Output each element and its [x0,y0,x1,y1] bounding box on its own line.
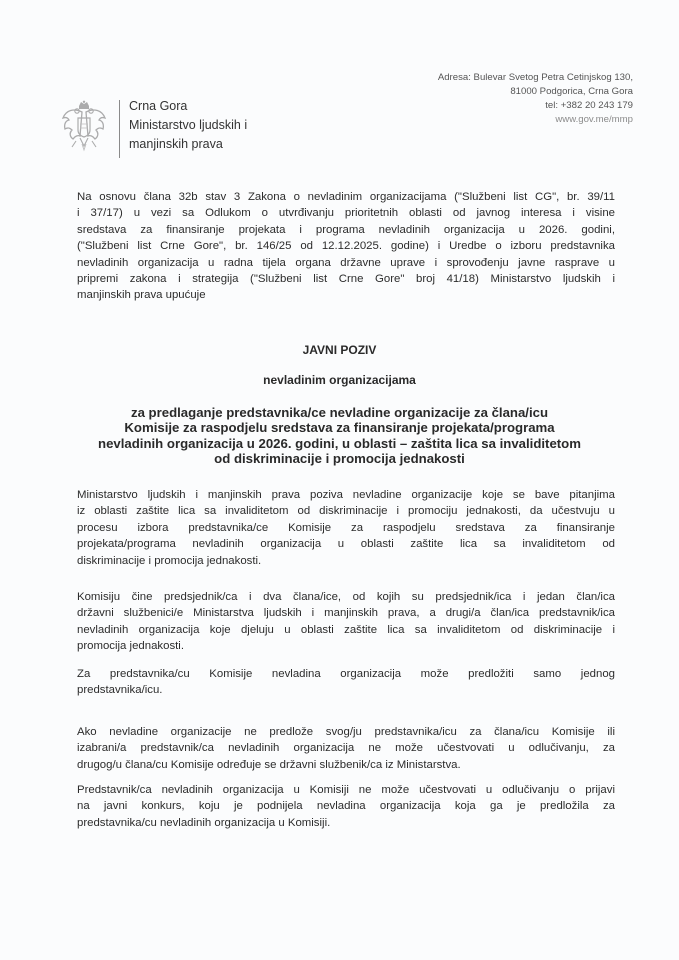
text-line: državni službenici/e Ministarstva ljudsk… [77,605,615,621]
paragraph-no-proposal: Ako nevladine organizacije ne predlože s… [77,724,615,773]
text-line: izabrani/a predstavnik/ca nevladinih org… [77,740,615,756]
letterhead-address: Adresa: Bulevar Svetog Petra Cetinjskog … [438,71,633,127]
text-line: nevladinih organizacija u radna tijela o… [77,255,615,271]
address-website: www.gov.me/mmp [438,113,633,127]
address-phone: tel: +382 20 243 179 [438,99,633,113]
subject-line: od diskriminacije i promocija jednakosti [0,451,679,466]
text-line: Ministarstvo ljudskih i manjinskih prava… [77,487,615,503]
text-line: drugog/u člana/cu Komisije određuje se d… [77,757,615,773]
letterhead-left: Crna Gora Ministarstvo ljudskih i manjin… [60,96,247,158]
coat-of-arms-icon [60,100,108,152]
text-line: ("Službeni list Crne Gore", br. 146/25 o… [77,238,615,254]
text-line: Predstavnik/ca nevladinih organizacija u… [77,782,615,798]
text-line: i 37/17) u vezi sa Odlukom o utvrđivanju… [77,205,615,221]
text-line: nevladinih organizacija koje djeluju u o… [77,622,615,638]
paragraph-conflict-of-interest: Predstavnik/ca nevladinih organizacija u… [77,782,615,831]
ministry-name: Crna Gora Ministarstvo ljudskih i manjin… [129,96,247,154]
text-line: diskriminacije i promocija jednakosti. [77,553,615,569]
ministry-name-line-2: manjinskih prava [129,135,247,154]
text-line: na javni konkurs, koju je podnijela nevl… [77,798,615,814]
paragraph-invitation: Ministarstvo ljudskih i manjinskih prava… [77,487,615,569]
subject-line: za predlaganje predstavnika/ce nevladine… [0,405,679,420]
text-line: predstavnika/cu nevladinih organizacija … [77,815,615,831]
document-subtitle: nevladinim organizacijama [0,373,679,387]
address-street: Adresa: Bulevar Svetog Petra Cetinjskog … [438,71,633,85]
text-line: iz oblasti zaštite lica sa invaliditetom… [77,503,615,519]
text-line: predstavnika/icu. [77,682,615,698]
text-line: projekata/programa nevladinih organizaci… [77,536,615,552]
text-line: pripremi zakona i strategija ("Službeni … [77,271,615,287]
document-page: Crna Gora Ministarstvo ljudskih i manjin… [0,0,679,960]
text-line: manjinskih prava upućuje [77,287,615,303]
letterhead-divider [119,100,120,158]
address-city: 81000 Podgorica, Crna Gora [438,85,633,99]
country-name: Crna Gora [129,97,247,116]
paragraph-commission-composition: Komisiju čine predsjednik/ca i dva člana… [77,589,615,655]
subject-line: Komisije za raspodjelu sredstava za fina… [0,420,679,435]
ministry-name-line-1: Ministarstvo ljudskih i [129,116,247,135]
text-line: sredstava za finansiranje projekata i pr… [77,222,615,238]
text-line: Komisiju čine predsjednik/ca i dva člana… [77,589,615,605]
text-line: Ako nevladine organizacije ne predlože s… [77,724,615,740]
subject-line: nevladinih organizacija u 2026. godini, … [0,436,679,451]
document-subject: za predlaganje predstavnika/ce nevladine… [0,405,679,467]
paragraph-single-representative: Za predstavnika/cu Komisije nevladina or… [77,666,615,699]
text-line: promocija jednakosti. [77,638,615,654]
text-line: Za predstavnika/cu Komisije nevladina or… [77,666,615,682]
document-title: JAVNI POZIV [0,343,679,357]
text-line: procesu izbora predstavnika/ce Komisije … [77,520,615,536]
intro-paragraph: Na osnovu člana 32b stav 3 Zakona o nevl… [77,189,615,304]
text-line: Na osnovu člana 32b stav 3 Zakona o nevl… [77,189,615,205]
